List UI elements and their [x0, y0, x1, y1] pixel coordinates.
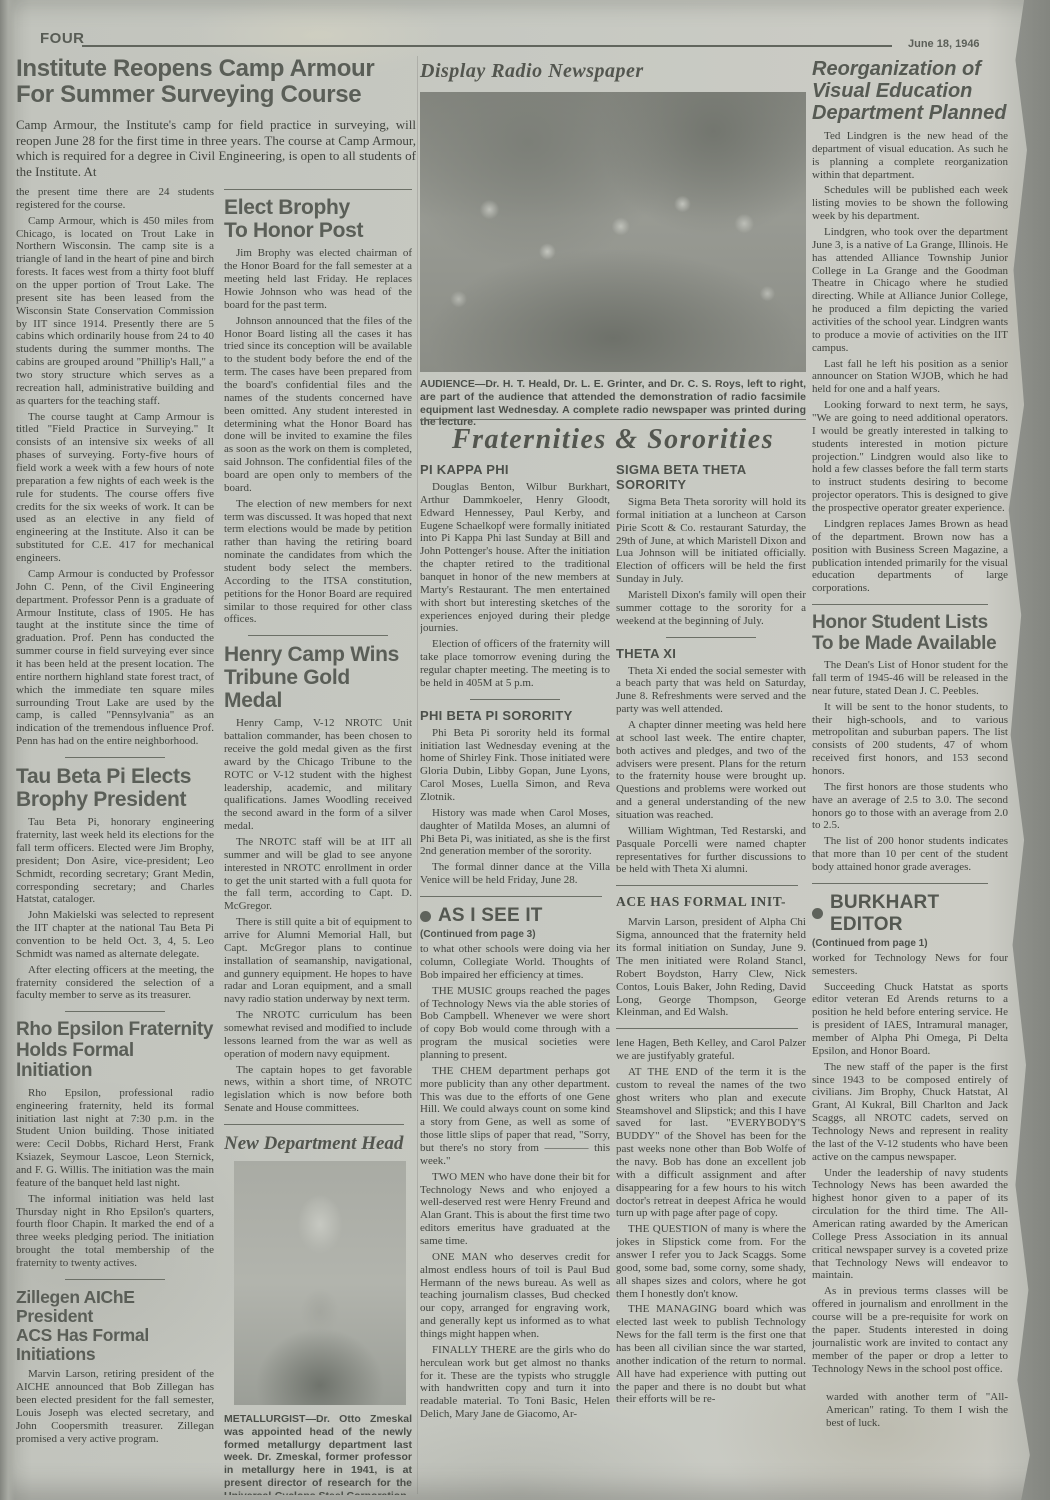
honor-lists-body: The Dean's List of Honor student for the… — [812, 659, 1008, 874]
paragraph: Looking forward to next term, he says, "… — [812, 399, 1008, 515]
paragraph: Last fall he left his position as a seni… — [812, 358, 1008, 397]
burkhart-body: worked for Technology News for four seme… — [812, 952, 1008, 1376]
divider-rule — [65, 757, 165, 758]
article-ace-formal-init: ACE HAS FORMAL INIT- Marvin Larson, pres… — [616, 894, 806, 1019]
paragraph: The first honors are those students who … — [812, 781, 1008, 832]
bullet-icon — [812, 908, 823, 919]
paragraph: Election of officers of the fraternity w… — [420, 638, 610, 689]
audience-photo — [420, 92, 806, 372]
continued-from-note: (Continued from page 1) — [812, 938, 1008, 949]
theta-xi-body: Theta Xi ended the social semester with … — [616, 665, 806, 877]
paragraph: Schedules will be published each week li… — [812, 184, 1008, 223]
top-rule — [82, 45, 892, 47]
paragraph: The course taught at Camp Armour is titl… — [16, 411, 214, 565]
paragraph: The Dean's List of Honor student for the… — [812, 659, 1008, 698]
paragraph: AT THE END of the term it is the custom … — [616, 1066, 806, 1220]
fraternities-section-headline: Fraternities & Sororities — [420, 424, 806, 456]
pi-kappa-subhead: PI KAPPA PHI — [420, 462, 610, 477]
as-i-see-it-title: AS I SEE IT — [438, 905, 543, 927]
divider-rule — [420, 419, 806, 420]
pi-kappa-body: Douglas Benton, Wilbur Burkhart, Arthur … — [420, 481, 610, 690]
paragraph: Tau Beta Pi, honorary engineering frater… — [16, 816, 214, 906]
tau-beta-headline: Tau Beta Pi Elects Brophy President — [16, 766, 214, 811]
divider-rule — [65, 1011, 165, 1012]
divider-rule — [616, 1028, 798, 1029]
henry-camp-body: Henry Camp, V-12 NROTC Unit battalion co… — [224, 717, 412, 1115]
article-rho-epsilon: Rho Epsilon Fraternity Holds Formal Init… — [16, 1020, 214, 1270]
issue-date: June 18, 1946 — [908, 38, 980, 50]
bullet-icon — [420, 911, 431, 922]
paragraph: Johnson announced that the files of the … — [224, 315, 412, 495]
paragraph: The NROTC staff will be at IIT all summe… — [224, 836, 412, 913]
paragraph: There is still quite a bit of equipment … — [224, 916, 412, 1006]
paragraph: Henry Camp, V-12 NROTC Unit battalion co… — [224, 717, 412, 833]
paragraph: After electing officers at the meeting, … — [16, 964, 214, 1003]
zillegen-headline: Zillegen AIChE President ACS Has Formal … — [16, 1288, 214, 1364]
ace-subhead: ACE HAS FORMAL INIT- — [616, 894, 806, 910]
torn-fragment-text: warded with another term of "All-America… — [812, 1391, 1008, 1430]
article-sigma-beta-theta: SIGMA BETA THETA SORORITY Sigma Beta The… — [616, 462, 806, 628]
page-number-label: FOUR — [40, 30, 85, 47]
paragraph: THE MUSIC groups reached the pages of Te… — [420, 985, 610, 1062]
tau-beta-body: Tau Beta Pi, honorary engineering frater… — [16, 816, 214, 1002]
sigma-beta-subhead: SIGMA BETA THETA SORORITY — [616, 462, 806, 492]
rho-epsilon-headline: Rho Epsilon Fraternity Holds Formal Init… — [16, 1020, 214, 1082]
column-4: SIGMA BETA THETA SORORITY Sigma Beta The… — [616, 462, 806, 1494]
paragraph: As in previous terms classes will be off… — [812, 1285, 1008, 1375]
paragraph: Sigma Beta Theta sorority will hold its … — [616, 496, 806, 586]
column-3: PI KAPPA PHI Douglas Benton, Wilbur Burk… — [420, 462, 610, 1494]
paragraph: The election of new members for next ter… — [224, 498, 412, 627]
ace-body: Marvin Larson, president of Alpha Chi Si… — [616, 916, 806, 1019]
phi-beta-subhead: PHI BETA PI SORORITY — [420, 708, 610, 723]
article-henry-camp: Henry Camp Wins Tribune Gold Medal Henry… — [224, 644, 412, 1115]
radio-feature-headline: Display Radio Newspaper — [420, 60, 644, 83]
paragraph: the present time there are 24 students r… — [16, 186, 214, 212]
paragraph: THE QUESTION of many is where the jokes … — [616, 1223, 806, 1300]
as-i-see-it-heading: AS I SEE IT — [420, 905, 610, 927]
honor-lists-headline: Honor Student Lists To be Made Available — [812, 613, 1008, 654]
elect-brophy-body: Jim Brophy was elected chairman of the H… — [224, 247, 412, 626]
burkhart-title: BURKHART EDITOR — [830, 892, 1008, 936]
divider-rule — [420, 896, 602, 897]
column-2: Elect Brophy To Honor Post Jim Brophy wa… — [224, 197, 412, 1495]
divider-rule — [616, 885, 798, 886]
paragraph: THE MANAGING board which was elected las… — [616, 1303, 806, 1406]
paragraph: FINALLY THERE are the girls who do hercu… — [420, 1344, 610, 1421]
divider-rule — [812, 604, 988, 605]
paragraph: It will be sent to the honor students, t… — [812, 701, 1008, 778]
zillegen-body: Marvin Larson, retiring president of the… — [16, 1368, 214, 1445]
sigma-beta-body: Sigma Beta Theta sorority will hold its … — [616, 496, 806, 628]
camp-article-headline: Institute Reopens Camp Armour For Summer… — [16, 56, 420, 108]
as-i-see-it-body: to what other schools were doing via her… — [420, 943, 610, 1421]
portrait-photo — [234, 1161, 406, 1405]
article-as-i-see-it-continued: lene Hagen, Beth Kelley, and Carol Palze… — [616, 1037, 806, 1406]
burkhart-heading: BURKHART EDITOR — [812, 892, 1008, 936]
paragraph: Marvin Larson, retiring president of the… — [16, 1368, 214, 1445]
paragraph: Lindgren, who took over the department J… — [812, 226, 1008, 355]
paragraph: John Makielski was selected to represent… — [16, 909, 214, 960]
rho-epsilon-body: Rho Epsilon, professional radio engineer… — [16, 1087, 214, 1270]
article-zillegen: Zillegen AIChE President ACS Has Formal … — [16, 1288, 214, 1446]
divider-rule — [224, 1124, 404, 1125]
torn-edge — [1002, 0, 1050, 1500]
paragraph: The captain hopes to get favorable news,… — [224, 1064, 412, 1115]
paragraph: worked for Technology News for four seme… — [812, 952, 1008, 978]
paragraph: lene Hagen, Beth Kelley, and Carol Palze… — [616, 1037, 806, 1063]
paragraph: Jim Brophy was elected chairman of the H… — [224, 247, 412, 311]
new-dept-headline: New Department Head — [224, 1133, 412, 1155]
divider-rule — [224, 189, 412, 190]
theta-xi-subhead: THETA XI — [616, 646, 806, 661]
article-theta-xi: THETA XI Theta Xi ended the social semes… — [616, 646, 806, 877]
paragraph: The list of 200 honor students indicates… — [812, 835, 1008, 874]
article-reorganization: Reorganization of Visual Education Depar… — [812, 58, 1008, 595]
paragraph: Succeeding Chuck Hatstat as sports edito… — [812, 981, 1008, 1058]
article-camp-armour-body: the present time there are 24 students r… — [16, 186, 214, 748]
portrait-caption: METALLURGIST—Dr. Otto Zmeskal was appoin… — [224, 1413, 412, 1495]
divider-rule — [812, 883, 988, 884]
divider-rule — [666, 637, 756, 638]
paragraph: The informal initiation was held last Th… — [16, 1193, 214, 1270]
as-i-see-it-body-2: lene Hagen, Beth Kelley, and Carol Palze… — [616, 1037, 806, 1406]
paragraph: ONE MAN who deserves credit for almost e… — [420, 1251, 610, 1341]
paragraph: to what other schools were doing via her… — [420, 943, 610, 982]
paragraph: Ted Lindgren is the new head of the depa… — [812, 130, 1008, 181]
article-phi-beta-pi: PHI BETA PI SORORITY Phi Beta Pi sororit… — [420, 708, 610, 887]
paragraph: THE CHEM department perhaps got more pub… — [420, 1065, 610, 1168]
paragraph: TWO MEN who have done their bit for Tech… — [420, 1171, 610, 1248]
paragraph: Rho Epsilon, professional radio engineer… — [16, 1087, 214, 1190]
paragraph: History was made when Carol Moses, daugh… — [420, 807, 610, 858]
paragraph: Phi Beta Pi sorority held its formal ini… — [420, 727, 610, 804]
paragraph: William Wightman, Ted Restarski, and Pas… — [616, 825, 806, 876]
article-as-i-see-it: AS I SEE IT (Continued from page 3) to w… — [420, 905, 610, 1421]
article-new-department-head: New Department Head METALLURGIST—Dr. Ott… — [224, 1133, 412, 1495]
camp-article-lead: Camp Armour, the Institute's camp for fi… — [16, 117, 416, 179]
reorganization-headline: Reorganization of Visual Education Depar… — [812, 58, 1008, 124]
paragraph: The NROTC curriculum has been somewhat r… — [224, 1009, 412, 1060]
divider-rule — [248, 635, 388, 636]
audience-caption: AUDIENCE—Dr. H. T. Heald, Dr. L. E. Grin… — [420, 378, 806, 429]
paragraph: The new staff of the paper is the first … — [812, 1061, 1008, 1164]
paragraph: Maristell Dixon's family will open their… — [616, 589, 806, 628]
article-pi-kappa-phi: PI KAPPA PHI Douglas Benton, Wilbur Burk… — [420, 462, 610, 690]
reorganization-body: Ted Lindgren is the new head of the depa… — [812, 130, 1008, 595]
paragraph: A chapter dinner meeting was held here a… — [616, 719, 806, 822]
paragraph: Theta Xi ended the social semester with … — [616, 665, 806, 716]
fold-crease — [417, 56, 418, 1494]
paragraph: Marvin Larson, president of Alpha Chi Si… — [616, 916, 806, 1019]
newspaper-page: FOUR June 18, 1946 Institute Reopens Cam… — [0, 0, 1050, 1500]
article-tau-beta-pi: Tau Beta Pi Elects Brophy President Tau … — [16, 766, 214, 1002]
elect-brophy-headline: Elect Brophy To Honor Post — [224, 197, 412, 242]
henry-camp-headline: Henry Camp Wins Tribune Gold Medal — [224, 644, 412, 712]
paragraph: Camp Armour is conducted by Professor Jo… — [16, 568, 214, 748]
paragraph: Douglas Benton, Wilbur Burkhart, Arthur … — [420, 481, 610, 635]
divider-rule — [65, 1279, 165, 1280]
continued-from-note: (Continued from page 3) — [420, 929, 610, 940]
paragraph: The formal dinner dance at the Villa Ven… — [420, 861, 610, 887]
article-elect-brophy: Elect Brophy To Honor Post Jim Brophy wa… — [224, 197, 412, 626]
camp-article-body: the present time there are 24 students r… — [16, 186, 214, 748]
paragraph: Under the leadership of navy students Te… — [812, 1167, 1008, 1283]
article-honor-lists: Honor Student Lists To be Made Available… — [812, 613, 1008, 874]
divider-rule — [470, 699, 560, 700]
paragraph: Camp Armour, which is 450 miles from Chi… — [16, 215, 214, 408]
column-1: the present time there are 24 students r… — [16, 186, 214, 1494]
scan-left-edge — [0, 0, 15, 1500]
article-burkhart-editor: BURKHART EDITOR (Continued from page 1) … — [812, 892, 1008, 1376]
phi-beta-body: Phi Beta Pi sorority held its formal ini… — [420, 727, 610, 887]
paragraph: Lindgren replaces James Brown as head of… — [812, 518, 1008, 595]
column-5: Reorganization of Visual Education Depar… — [812, 58, 1008, 1494]
